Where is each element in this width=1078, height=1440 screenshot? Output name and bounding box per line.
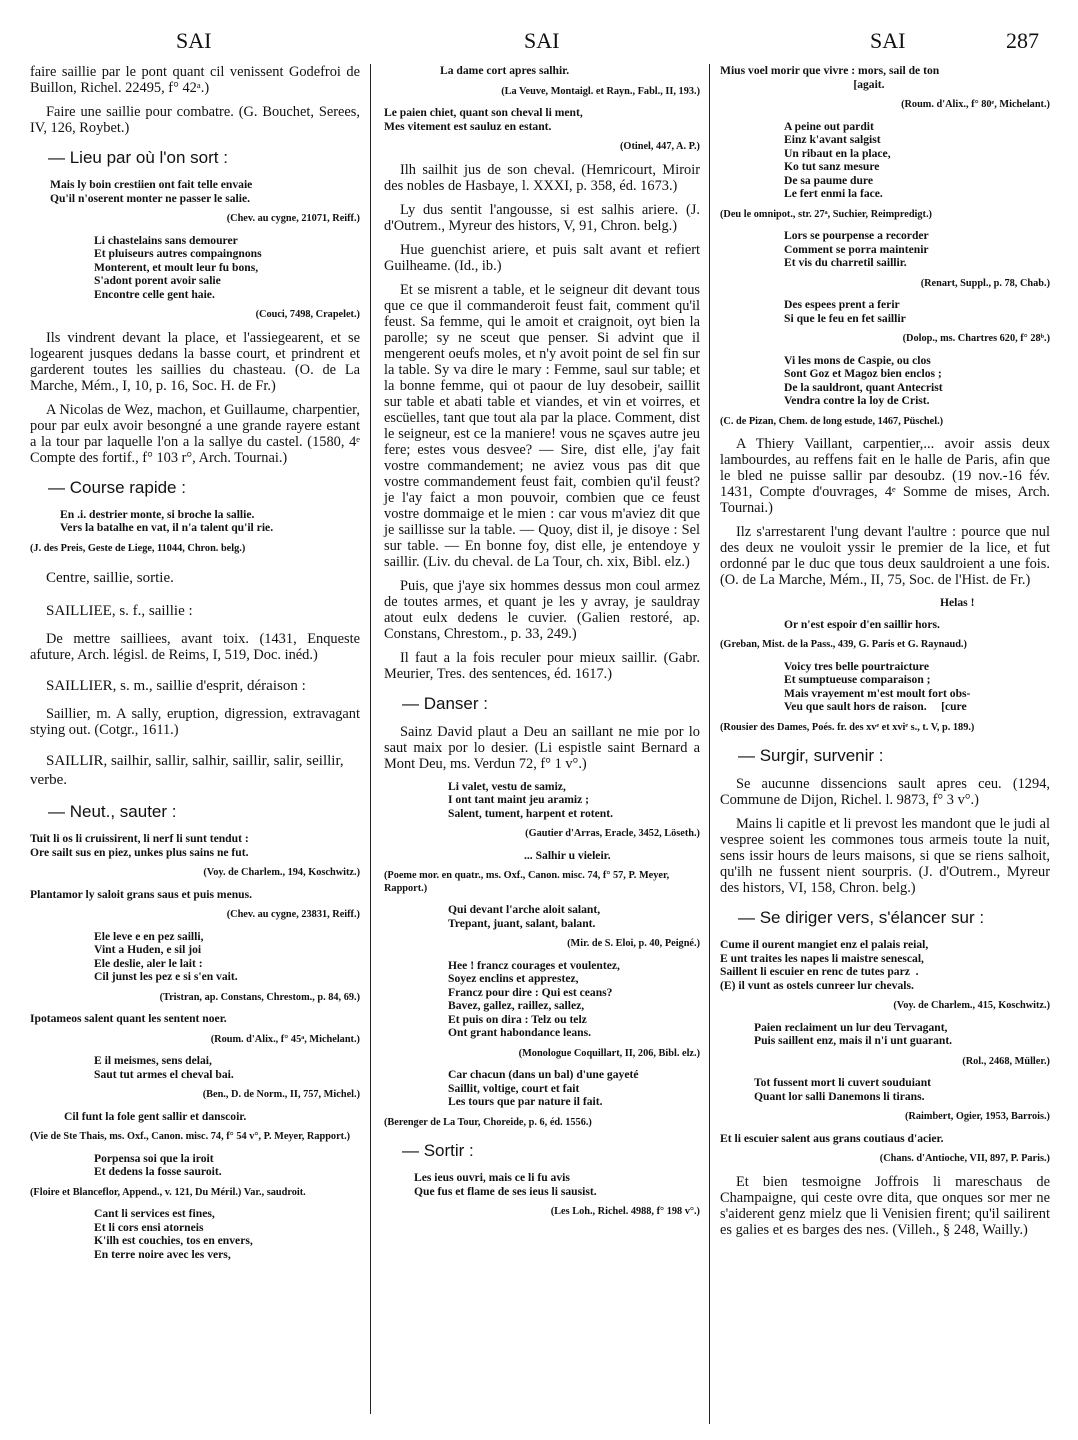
entry-headword: SAILLIEE, s. f., saillie : <box>30 602 360 621</box>
prose-quotation: A Thiery Vaillant, carpentier,... avoir … <box>720 436 1050 516</box>
verse-line: Tuit li os li cruissirent, li nerf li su… <box>30 832 360 846</box>
verse-quotation: Porpensa soi que la iroitEt dedens la fo… <box>30 1152 360 1179</box>
prose-quotation: Ly dus sentit l'angousse, si est salhis … <box>384 202 700 234</box>
verse-line: En terre noire avec les vers, <box>94 1248 360 1262</box>
prose-quotation: Se aucunne dissencions sault apres ceu. … <box>720 776 1050 808</box>
verse-quotation: Paien reclaiment un lur deu Tervagant,Pu… <box>720 1021 1050 1048</box>
citation: (Dolop., ms. Chartres 620, f° 28ᵇ.) <box>720 333 1050 346</box>
citation: (Voy. de Charlem., 415, Koschwitz.) <box>720 1000 1050 1013</box>
verse-line: Ko tut sanz mesure <box>784 160 1050 174</box>
verse-quotation: Et li escuier salent aus grans coutiaus … <box>720 1132 1050 1146</box>
citation: (Gautier d'Arras, Eracle, 3452, Löseth.) <box>384 828 700 841</box>
entry-headword: SAILLIR, sailhir, sallir, salhir, sailli… <box>30 752 360 790</box>
column-divider <box>370 64 371 1414</box>
citation: (Greban, Mist. de la Pass., 439, G. Pari… <box>720 639 1050 652</box>
citation: (Ben., D. de Norm., II, 757, Michel.) <box>30 1089 360 1102</box>
verse-quotation: Le paien chiet, quant son cheval li ment… <box>384 106 700 133</box>
running-head-middle: SAI <box>524 28 559 54</box>
verse-quotation: Helas ! <box>720 596 1050 610</box>
verse-quotation: Tuit li os li cruissirent, li nerf li su… <box>30 832 360 859</box>
citation: (Chev. au cygne, 21071, Reiff.) <box>30 213 360 226</box>
citation: (Otinel, 447, A. P.) <box>384 141 700 154</box>
sense-heading: — Neut., sauter : <box>48 802 360 822</box>
entry-headword: Centre, saillie, sortie. <box>30 569 360 588</box>
verse-line: Et li cors ensi atorneis <box>94 1221 360 1235</box>
verse-quotation: En .i. destrier monte, si broche la sall… <box>30 508 360 535</box>
verse-line: Francz pour dire : Qui est ceans? <box>448 986 700 1000</box>
verse-quotation: Hee ! francz courages et voulentez,Soyez… <box>384 959 700 1040</box>
sense-heading: — Sortir : <box>402 1141 700 1161</box>
verse-line: E unt traites les napes li maistre senes… <box>720 952 1050 966</box>
verse-line: Li chastelains sans demourer <box>94 234 360 248</box>
verse-quotation: Voicy tres belle pourtraictureEt sumptue… <box>720 660 1050 714</box>
prose-quotation: Ilz s'arrestarent l'ung devant l'aultre … <box>720 524 1050 588</box>
sense-heading: — Danser : <box>402 694 700 714</box>
verse-line: Qu'il n'oserent monter ne passer le sali… <box>50 192 360 206</box>
verse-quotation: Li valet, vestu de samiz,I ont tant main… <box>384 780 700 821</box>
verse-line: A peine out pardit <box>784 120 1050 134</box>
column-middle: La dame cort apres salhir.(La Veuve, Mon… <box>384 64 700 1440</box>
verse-line: Sont Goz et Magoz bien enclos ; <box>784 367 1050 381</box>
citation: (J. des Preis, Geste de Liege, 11044, Ch… <box>30 543 360 556</box>
verse-line: Cil funt la fole gent sallir et danscoir… <box>64 1110 360 1124</box>
verse-line: Li valet, vestu de samiz, <box>448 780 700 794</box>
verse-line: ... Salhir u vieleir. <box>524 849 700 863</box>
citation: (La Veuve, Montaigl. et Rayn., Fabl., II… <box>384 86 700 99</box>
verse-line: Mius voel morir que vivre : mors, sail d… <box>720 64 1050 78</box>
prose-quotation: Puis, que j'aye six hommes dessus mon co… <box>384 578 700 642</box>
verse-line: Mais ly boin crestiien ont fait telle en… <box>50 178 360 192</box>
citation: (Chans. d'Antioche, VII, 897, P. Paris.) <box>720 1153 1050 1166</box>
verse-line: De sa paume dure <box>784 174 1050 188</box>
verse-line: Or n'est espoir d'en saillir hors. <box>784 618 1050 632</box>
verse-line: Et pluiseurs autres compaingnons <box>94 247 360 261</box>
citation: (C. de Pizan, Chem. de long estude, 1467… <box>720 416 1050 429</box>
verse-quotation: Cil funt la fole gent sallir et danscoir… <box>30 1110 360 1124</box>
verse-quotation: E il meismes, sens delai,Saut tut armes … <box>30 1054 360 1081</box>
verse-line: Monterent, et moult leur fu bons, <box>94 261 360 275</box>
verse-line: Et li escuier salent aus grans coutiaus … <box>720 1132 1050 1146</box>
citation: (Les Loh., Richel. 4988, f° 198 v°.) <box>384 1206 700 1219</box>
verse-line: La dame cort apres salhir. <box>440 64 700 78</box>
verse-line: Et vis du charretil saillir. <box>784 256 1050 270</box>
prose-quotation: De mettre sailliees, avant toix. (1431, … <box>30 631 360 663</box>
running-head-right: SAI <box>870 28 905 54</box>
citation: (Raimbert, Ogier, 1953, Barrois.) <box>720 1111 1050 1124</box>
citation: (Couci, 7498, Crapelet.) <box>30 309 360 322</box>
citation: (Monologue Coquillart, II, 206, Bibl. el… <box>384 1048 700 1061</box>
prose-quotation: Sainz David plaut a Deu an saillant ne m… <box>384 724 700 772</box>
verse-line: Et sumptueuse comparaison ; <box>784 673 1050 687</box>
verse-line: Einz k'avant salgist <box>784 133 1050 147</box>
verse-line: Qui devant l'arche aloit salant, <box>448 903 700 917</box>
verse-line: Soyez enclins et apprestez, <box>448 972 700 986</box>
page-header: SAI SAI SAI 287 <box>0 0 1078 60</box>
verse-quotation: Li chastelains sans demourerEt pluiseurs… <box>30 234 360 302</box>
prose-quotation: Faire une saillie pour combatre. (G. Bou… <box>30 104 360 136</box>
verse-line: Veu que sault hors de raison. [cure <box>784 700 1050 714</box>
citation: (Renart, Suppl., p. 78, Chab.) <box>720 278 1050 291</box>
verse-quotation: Ele leve e en pez sailli,Vint a Huden, e… <box>30 930 360 984</box>
citation: (Deu le omnipot., str. 27ᵃ, Suchier, Rei… <box>720 209 1050 222</box>
verse-quotation: Ipotameos salent quant les sentent noer. <box>30 1012 360 1026</box>
citation: (Floire et Blanceflor, Append., v. 121, … <box>30 1187 360 1200</box>
prose-quotation: Mains li capitle et li prevost les mando… <box>720 816 1050 896</box>
verse-line: Puis saillent enz, mais il n'i unt guara… <box>754 1034 1050 1048</box>
column-right: Mius voel morir que vivre : mors, sail d… <box>720 64 1050 1440</box>
verse-line: Ont grant habondance leans. <box>448 1026 700 1040</box>
prose-quotation: Ilh sailhit jus de son cheval. (Hemricou… <box>384 162 700 194</box>
verse-quotation: Lors se pourpense a recorderComment se p… <box>720 229 1050 270</box>
verse-line: Salent, tument, harpent et rotent. <box>448 807 700 821</box>
citation: (Roum. d'Alix., f° 80ᵉ, Michelant.) <box>720 99 1050 112</box>
verse-line: De la sauldront, quant Antecrist <box>784 381 1050 395</box>
verse-quotation: Les ieus ouvri, mais ce li fu avisQue fu… <box>384 1171 700 1198</box>
verse-quotation: Cant li services est fines,Et li cors en… <box>30 1207 360 1261</box>
verse-line: Mes vitement est sauluz en estant. <box>384 120 700 134</box>
citation: (Tristran, ap. Constans, Chrestom., p. 8… <box>30 992 360 1005</box>
verse-quotation: Plantamor ly saloit grans saus et puis m… <box>30 888 360 902</box>
prose-quotation: Saillier, m. A sally, eruption, digressi… <box>30 706 360 738</box>
prose-quotation: Et bien tesmoigne Joffrois li mareschaus… <box>720 1174 1050 1238</box>
entry-headword: SAILLIER, s. m., saillie d'esprit, dérai… <box>30 677 360 696</box>
verse-line: Un ribaut en la place, <box>784 147 1050 161</box>
running-head-left: SAI <box>176 28 211 54</box>
citation: (Rousier des Dames, Poés. fr. des xvᵉ et… <box>720 722 1050 735</box>
verse-quotation: Mius voel morir que vivre : mors, sail d… <box>720 64 1050 91</box>
verse-line: Quant lor salli Danemons li tirans. <box>754 1090 1050 1104</box>
verse-line: Ele deslie, aler le lait : <box>94 957 360 971</box>
verse-line: Cil junst les pez e si s'en vait. <box>94 970 360 984</box>
verse-line: Porpensa soi que la iroit <box>94 1152 360 1166</box>
prose-quotation: faire saillie par le pont quant cil veni… <box>30 64 360 96</box>
verse-quotation: Mais ly boin crestiien ont fait telle en… <box>30 178 360 205</box>
verse-quotation: Tot fussent mort li cuvert souduiantQuan… <box>720 1076 1050 1103</box>
verse-line: Cant li services est fines, <box>94 1207 360 1221</box>
verse-line: Mais vrayement m'est moult fort obs- <box>784 687 1050 701</box>
sense-heading: — Lieu par où l'on sort : <box>48 148 360 168</box>
verse-line: Tot fussent mort li cuvert souduiant <box>754 1076 1050 1090</box>
verse-quotation: Des espees prent a ferirSi que le feu en… <box>720 298 1050 325</box>
verse-line: Voicy tres belle pourtraicture <box>784 660 1050 674</box>
verse-line: Saillit, voltige, court et fait <box>448 1082 700 1096</box>
page-number: 287 <box>1006 28 1039 54</box>
verse-line: Comment se porra maintenir <box>784 243 1050 257</box>
verse-line: Vers la batalhe en vat, il n'a talent qu… <box>60 521 360 535</box>
verse-quotation: ... Salhir u vieleir. <box>384 849 700 863</box>
prose-quotation: Et se misrent a table, et le seigneur di… <box>384 282 700 570</box>
sense-heading: — Surgir, survenir : <box>738 746 1050 766</box>
verse-line: Saillent li escuier en renc de tutes par… <box>720 965 1050 979</box>
verse-line: Des espees prent a ferir <box>784 298 1050 312</box>
verse-quotation: Qui devant l'arche aloit salant,Trepant,… <box>384 903 700 930</box>
verse-line: S'adont porent avoir salie <box>94 274 360 288</box>
verse-line: Et dedens la fosse sauroit. <box>94 1165 360 1179</box>
prose-quotation: A Nicolas de Wez, machon, et Guillaume, … <box>30 402 360 466</box>
verse-line: Vint a Huden, e sil joi <box>94 943 360 957</box>
prose-quotation: Il faut a la fois reculer pour mieux sai… <box>384 650 700 682</box>
verse-line: K'ilh est couchies, tos en envers, <box>94 1234 360 1248</box>
verse-line: Bavez, gallez, raillez, sallez, <box>448 999 700 1013</box>
sense-heading: — Course rapide : <box>48 478 360 498</box>
citation: (Poeme mor. en quatr., ms. Oxf., Canon. … <box>384 870 700 895</box>
citation: (Voy. de Charlem., 194, Koschwitz.) <box>30 867 360 880</box>
verse-line: Vendra contre la loy de Crist. <box>784 394 1050 408</box>
verse-line: [agait. <box>720 78 1050 92</box>
citation: (Vie de Ste Thais, ms. Oxf., Canon. misc… <box>30 1131 360 1144</box>
verse-line: E il meismes, sens delai, <box>94 1054 360 1068</box>
column-divider <box>709 64 710 1424</box>
citation: (Rol., 2468, Müller.) <box>720 1056 1050 1069</box>
verse-line: Ipotameos salent quant les sentent noer. <box>30 1012 360 1026</box>
verse-line: Si que le feu en fet saillir <box>784 312 1050 326</box>
sense-heading: — Se diriger vers, s'élancer sur : <box>738 908 1050 928</box>
verse-line: Ore sailt sus en piez, unkes plus sains … <box>30 846 360 860</box>
verse-quotation: La dame cort apres salhir. <box>384 64 700 78</box>
verse-line: Et puis on dira : Telz ou telz <box>448 1013 700 1027</box>
verse-line: Ele leve e en pez sailli, <box>94 930 360 944</box>
verse-line: Plantamor ly saloit grans saus et puis m… <box>30 888 360 902</box>
verse-line: Le fert enmi la face. <box>784 187 1050 201</box>
citation: (Berenger de La Tour, Choreide, p. 6, éd… <box>384 1117 700 1130</box>
verse-line: Paien reclaiment un lur deu Tervagant, <box>754 1021 1050 1035</box>
verse-quotation: Cume il ourent mangiet enz el palais rei… <box>720 938 1050 992</box>
verse-line: Le paien chiet, quant son cheval li ment… <box>384 106 700 120</box>
verse-line: Les tours que par nature il fait. <box>448 1095 700 1109</box>
verse-line: (E) il vunt as ostels cunreer lur cheval… <box>720 979 1050 993</box>
verse-line: Encontre celle gent haie. <box>94 288 360 302</box>
prose-quotation: Ils vindrent devant la place, et l'assie… <box>30 330 360 394</box>
verse-line: I ont tant maint jeu aramiz ; <box>448 793 700 807</box>
column-left: faire saillie par le pont quant cil veni… <box>30 64 360 1440</box>
verse-line: Lors se pourpense a recorder <box>784 229 1050 243</box>
verse-line: Que fus et flame de ses ieus li sausist. <box>414 1185 700 1199</box>
verse-line: Hee ! francz courages et voulentez, <box>448 959 700 973</box>
verse-line: Saut tut armes el cheval bai. <box>94 1068 360 1082</box>
verse-line: Cume il ourent mangiet enz el palais rei… <box>720 938 1050 952</box>
verse-quotation: Or n'est espoir d'en saillir hors. <box>720 618 1050 632</box>
citation: (Chev. au cygne, 23831, Reiff.) <box>30 909 360 922</box>
verse-quotation: Car chacun (dans un bal) d'une gayetéSai… <box>384 1068 700 1109</box>
verse-line: Helas ! <box>940 596 1050 610</box>
verse-line: Vi les mons de Caspie, ou clos <box>784 354 1050 368</box>
verse-line: Les ieus ouvri, mais ce li fu avis <box>414 1171 700 1185</box>
citation: (Roum. d'Alix., f° 45ᵃ, Michelant.) <box>30 1034 360 1047</box>
citation: (Mir. de S. Eloi, p. 40, Peigné.) <box>384 938 700 951</box>
verse-line: En .i. destrier monte, si broche la sall… <box>60 508 360 522</box>
prose-quotation: Hue guenchist ariere, et puis salt avant… <box>384 242 700 274</box>
verse-quotation: A peine out parditEinz k'avant salgistUn… <box>720 120 1050 201</box>
verse-line: Trepant, juant, salant, balant. <box>448 917 700 931</box>
verse-quotation: Vi les mons de Caspie, ou closSont Goz e… <box>720 354 1050 408</box>
verse-line: Car chacun (dans un bal) d'une gayeté <box>448 1068 700 1082</box>
